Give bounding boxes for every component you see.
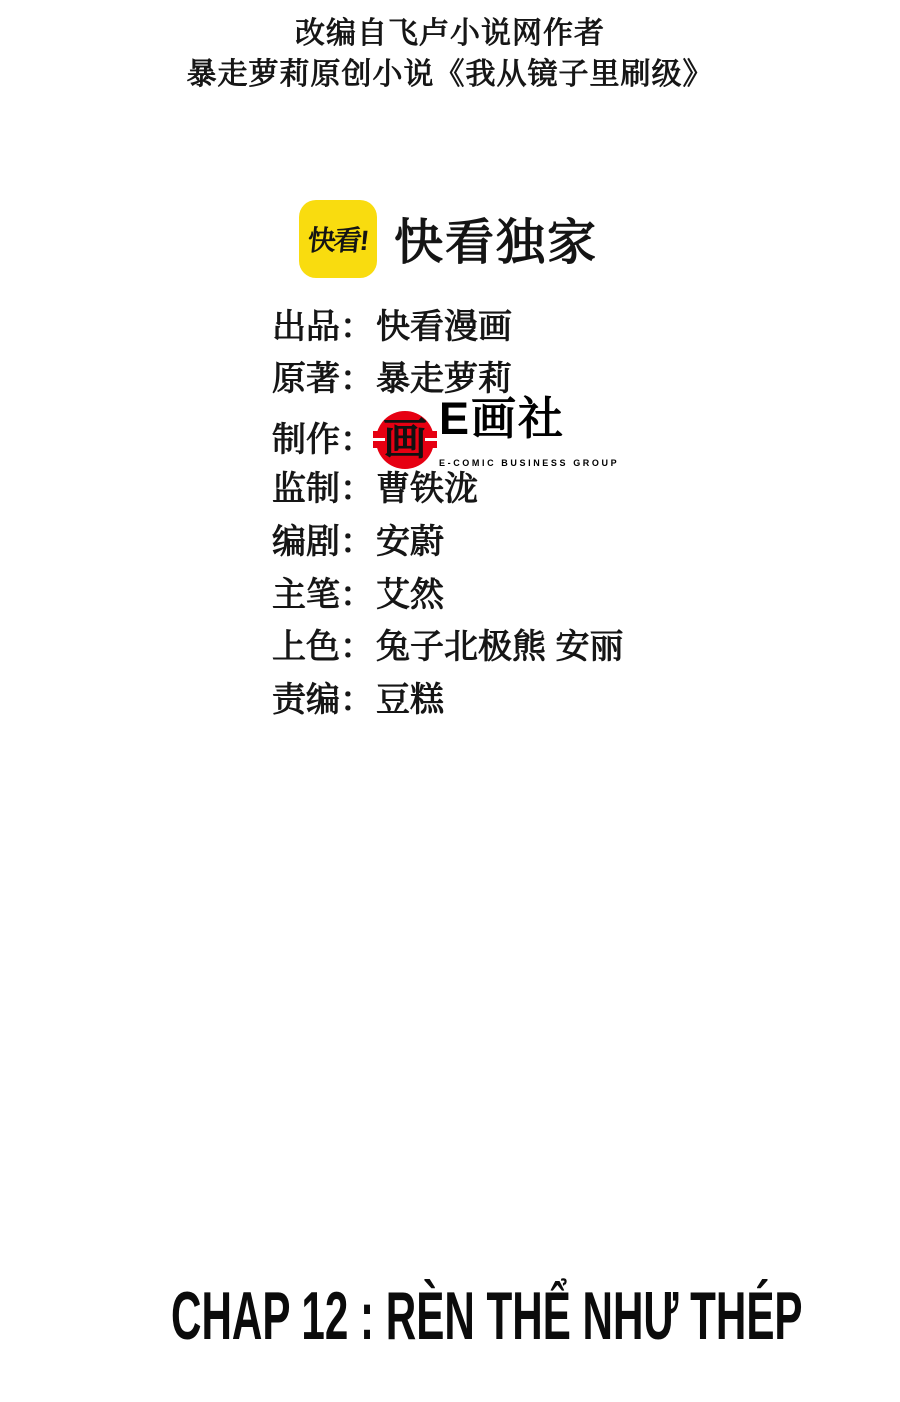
credit-label: 制作：	[272, 419, 376, 461]
producer-name: E画社	[439, 396, 619, 441]
credit-row-supervisor: 监制： 曹铁泷	[272, 468, 478, 510]
credit-label: 主笔：	[272, 574, 376, 616]
credit-value: 安蔚	[376, 521, 444, 563]
credit-value: 曹铁泷	[376, 468, 478, 510]
credit-value: 艾然	[376, 574, 444, 616]
comic-credits-page: 改编自飞卢小说网作者 暴走萝莉原创小说《我从镜子里刷级》 快看! 快看独家 出品…	[0, 0, 900, 1402]
credit-row-producer: 出品： 快看漫画	[272, 306, 512, 348]
chapter-title: CHAP 12 : RÈN THỂ NHƯ THÉP	[171, 1282, 729, 1350]
credit-value: 豆糕	[376, 679, 444, 721]
credit-row-editor: 责编： 豆糕	[272, 679, 444, 721]
producer-mark-left-tab-icon	[373, 431, 385, 448]
credit-row-lead-artist: 主笔： 艾然	[272, 574, 444, 616]
adaptation-note: 改编自飞卢小说网作者 暴走萝莉原创小说《我从镜子里刷级》	[0, 13, 900, 95]
producer-mark-character: 画	[383, 418, 427, 462]
credit-row-production: 制作： 画 E画社 E-COMIC BUSINESS GROUP	[272, 408, 619, 472]
adaptation-note-line1: 改编自飞卢小说网作者	[0, 13, 900, 54]
credit-label: 责编：	[272, 679, 376, 721]
kuaikan-exclusive-label: 快看独家	[394, 204, 598, 274]
credit-label: 监制：	[272, 468, 376, 510]
credit-row-screenwriter: 编剧： 安蔚	[272, 521, 444, 563]
credit-row-colorist: 上色： 兔子北极熊 安丽	[272, 626, 623, 668]
kuaikan-logo-text: 快看!	[306, 219, 370, 259]
adaptation-note-line2: 暴走萝莉原创小说《我从镜子里刷级》	[0, 54, 900, 95]
kuaikan-logo-icon: 快看!	[299, 200, 377, 278]
credit-label: 上色：	[272, 626, 376, 668]
kuaikan-brand: 快看! 快看独家	[299, 200, 598, 278]
credit-value: 快看漫画	[376, 306, 512, 348]
credit-value: 兔子北极熊 安丽	[376, 626, 623, 668]
credit-label: 出品：	[272, 306, 376, 348]
producer-mark-icon: 画	[376, 411, 434, 469]
producer-mark-right-tab-icon	[425, 431, 437, 448]
credit-label: 编剧：	[272, 521, 376, 563]
credit-label: 原著：	[272, 358, 376, 400]
